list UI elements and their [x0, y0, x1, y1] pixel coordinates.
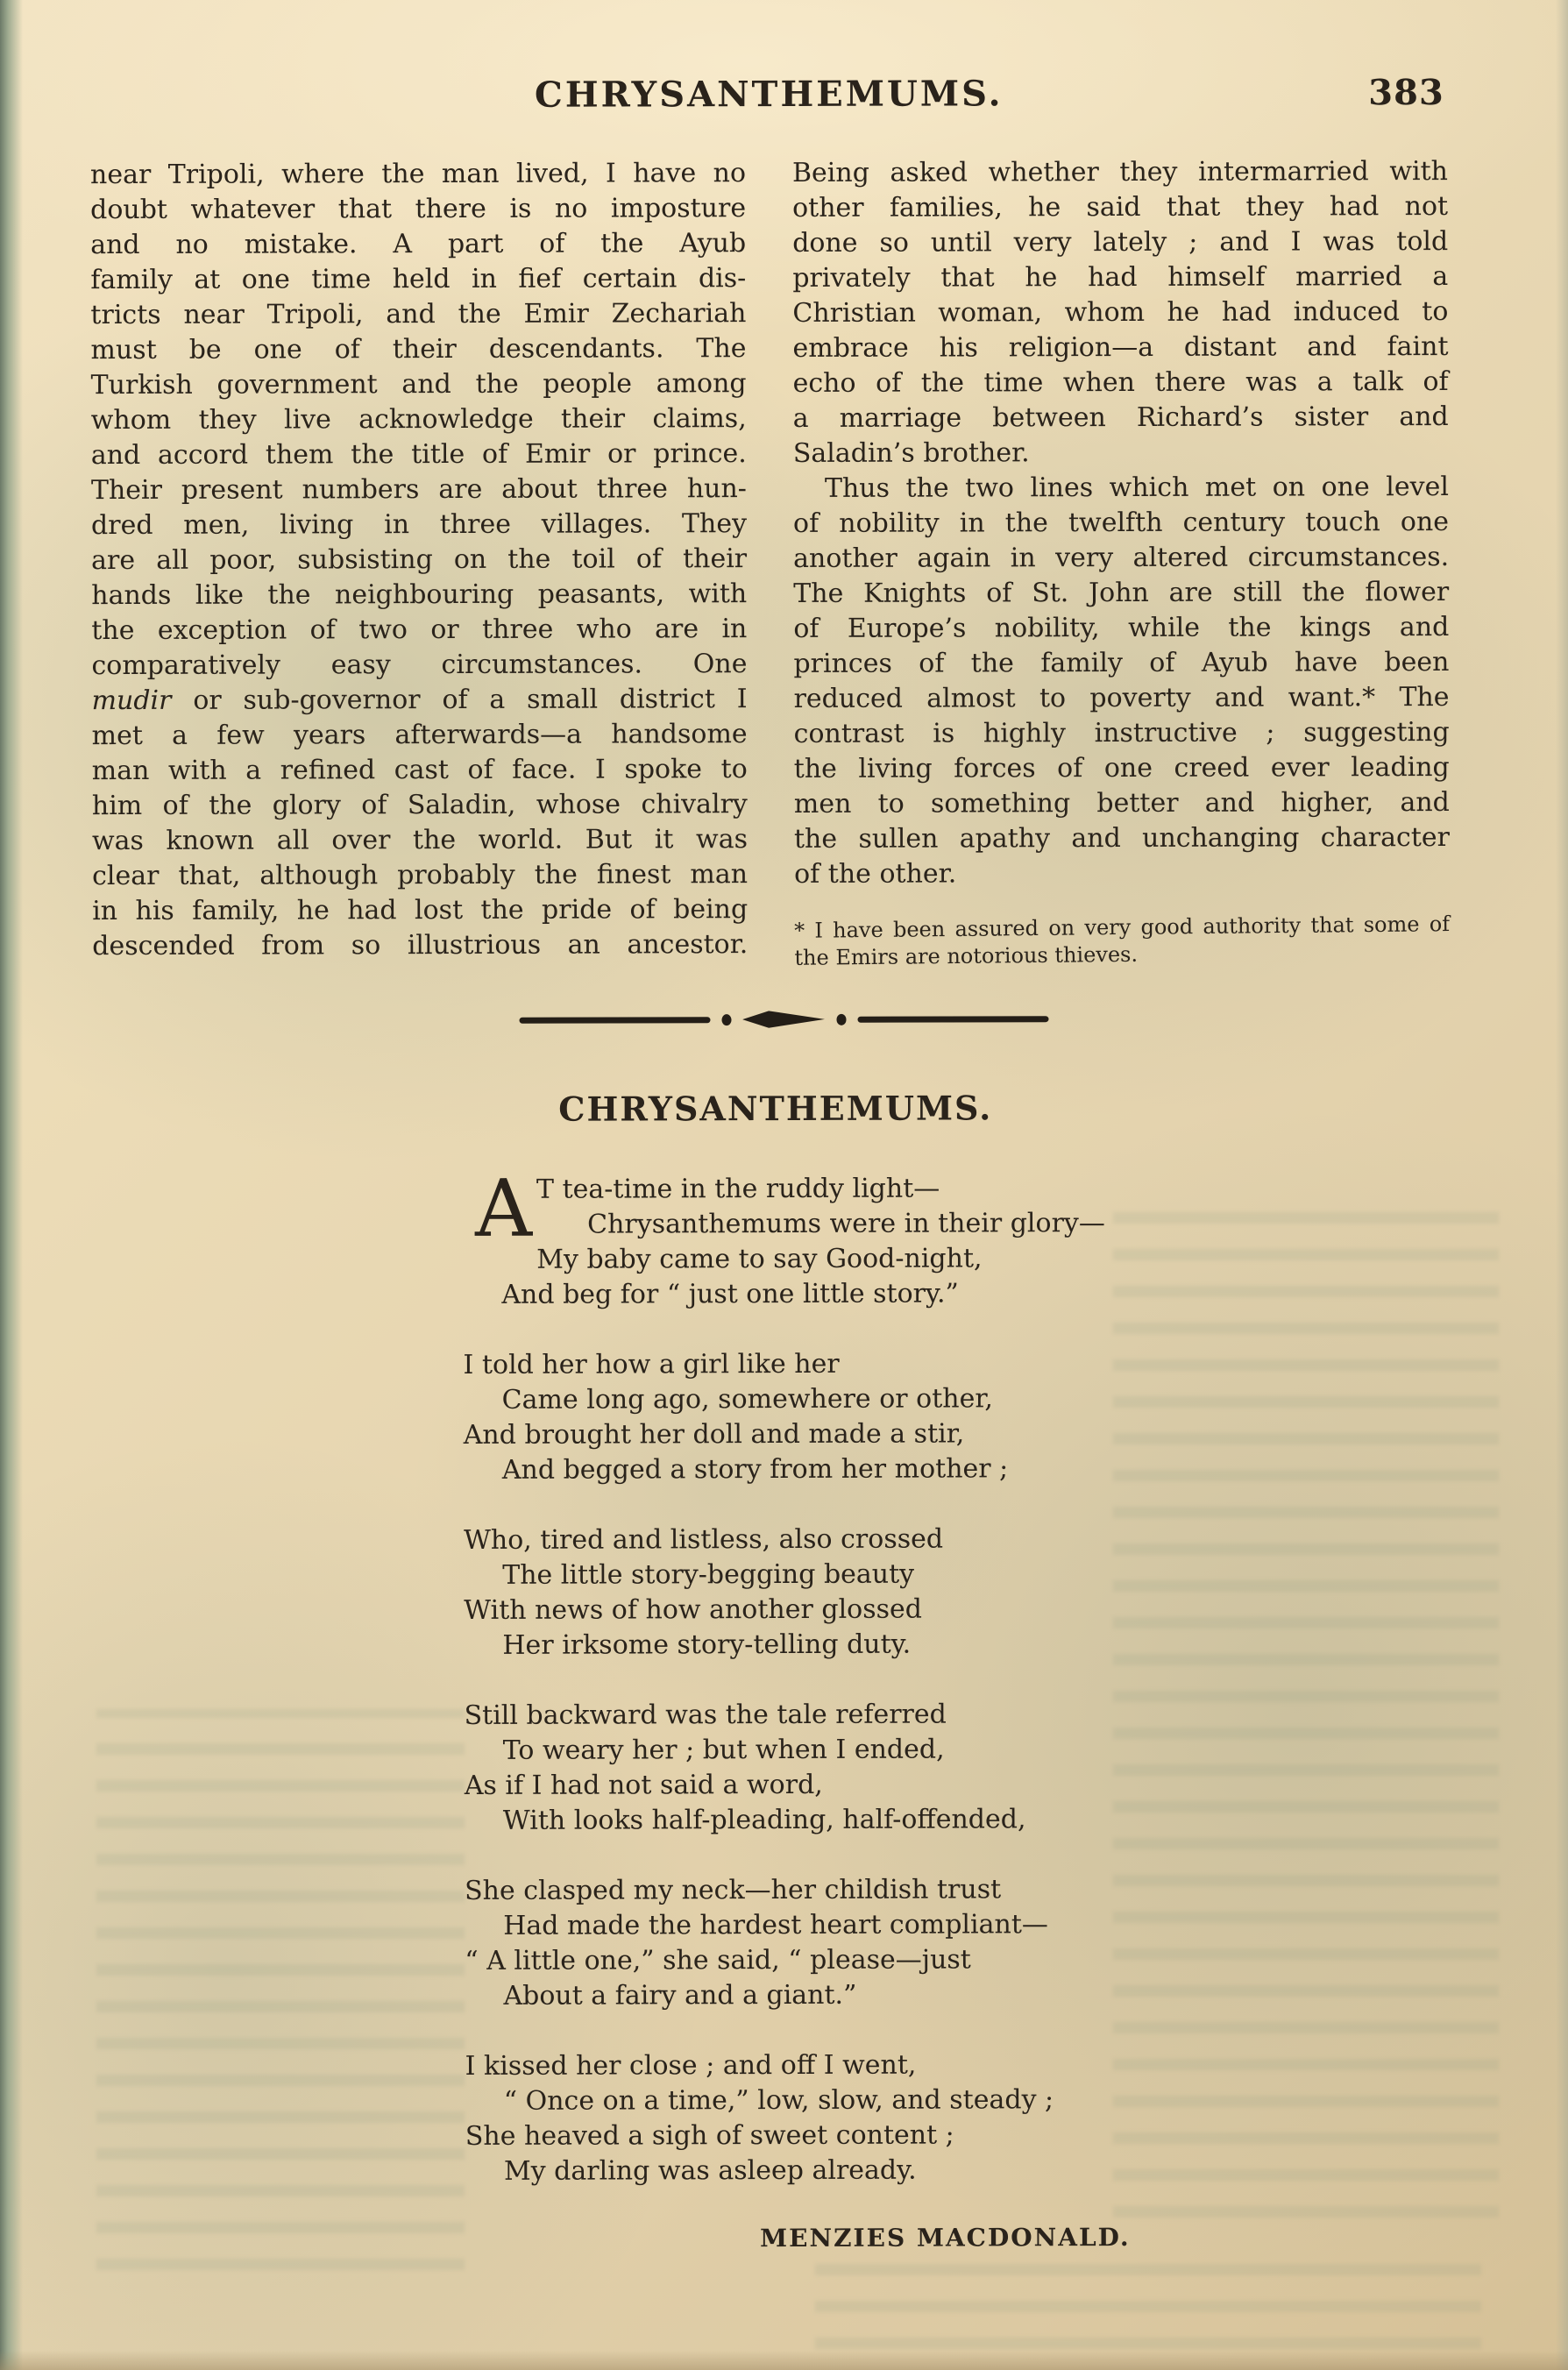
poem-stanza: I told her how a girl like herCame long … [463, 1346, 1234, 1488]
text-line: Her irksome story-telling duty. [464, 1627, 1235, 1664]
divider-dot-icon [836, 1013, 846, 1025]
text-line: As if I had not said a word, [465, 1767, 1236, 1804]
footnote: * I have been assured on very good autho… [794, 911, 1451, 972]
text-line: I told her how a girl like her [463, 1346, 1234, 1383]
text-line: tricts near Tripoli, and the Emir Zechar… [90, 296, 746, 333]
text-line: in his family, he had lost the pride of … [92, 892, 748, 929]
poem-stanza: She clasped my neck—her childish trustHa… [465, 1872, 1236, 2014]
poem-section: CHRYSANTHEMUMS. A T tea-time in the rudd… [463, 1088, 1237, 2253]
text-line: was known all over the world. But it was [92, 822, 748, 859]
text-line: the exception of two or three who are in [91, 612, 747, 649]
text-line: embrace his religion—a distant and faint [792, 330, 1448, 366]
text-line: and accord them the title of Emir or pri… [91, 436, 747, 473]
article-paragraph-continued: near Tripoli, where the man lived, I hav… [90, 156, 748, 964]
text-line: princes of the family of Ayub have been [793, 645, 1449, 682]
running-head-title: CHRYSANTHEMUMS. [90, 72, 1448, 117]
scanned-book-page: CHRYSANTHEMUMS. 383 near Tripoli, where … [0, 0, 1568, 2370]
text-line: T tea-time in the ruddy light— [463, 1171, 1234, 1208]
article-columns: near Tripoli, where the man lived, I hav… [90, 154, 1450, 971]
poem-title: CHRYSANTHEMUMS. [463, 1088, 1089, 1129]
text-line: mudir or sub-governor of a small distric… [91, 682, 747, 719]
text-line: “ Once on a time,” low, slow, and steady… [465, 2083, 1237, 2119]
text-line: And brought her doll and made a stir, [464, 1416, 1235, 1453]
drop-cap-letter: A [475, 1175, 529, 1245]
divider-dot-icon [721, 1014, 731, 1025]
text-line: And begged a story from her mother ; [464, 1451, 1235, 1488]
author-signature: MENZIES MACDONALD. [760, 2223, 1237, 2253]
text-line: And beg for “ just one little story.” [463, 1276, 1234, 1313]
page-number: 383 [1368, 72, 1444, 113]
text-line: met a few years afterwards—a handsome [92, 717, 748, 754]
text-line: clear that, although probably the finest… [92, 857, 748, 894]
text-line: hands like the neighbouring peasants, wi… [91, 577, 747, 614]
text-line: of the other. [794, 855, 1450, 892]
running-head: CHRYSANTHEMUMS. 383 [90, 72, 1448, 121]
text-line: With news of how another glossed [464, 1592, 1235, 1628]
text-line: doubt whatever that there is no impostur… [90, 191, 746, 228]
divider-rule-left [519, 1017, 710, 1024]
divider-diamond-icon [742, 1010, 825, 1029]
text-line: The little story-begging beauty [464, 1557, 1235, 1593]
text-line: I kissed her close ; and off I went, [465, 2047, 1237, 2084]
text-line: With looks half-pleading, half-offended, [465, 1802, 1236, 1839]
text-line: She clasped my neck—her childish trust [465, 1872, 1236, 1909]
text-line: Saladin’s brother. [793, 435, 1449, 472]
text-line: About a fairy and a giant.” [465, 1977, 1236, 2014]
text-line: echo of the time when there was a talk o… [793, 365, 1449, 401]
left-column: near Tripoli, where the man lived, I hav… [90, 156, 748, 971]
text-line: other families, he said that they had no… [792, 189, 1448, 226]
poem-stanza: Who, tired and listless, also crossedThe… [464, 1522, 1235, 1664]
text-line: Turkish government and the people among [91, 366, 747, 403]
text-line: the living forces of one creed ever lead… [794, 750, 1450, 787]
text-line: must be one of their descendants. The [90, 331, 746, 368]
article-paragraph: Being asked whether they intermarried wi… [792, 154, 1449, 472]
poem-stanza: Still backward was the tale referredTo w… [465, 1697, 1236, 1839]
text-line: are all poor, subsisting on the toil of … [91, 542, 747, 578]
text-line: contrast is highly instructive ; suggest… [794, 715, 1450, 752]
text-line: the Emirs are notorious thieves. [794, 938, 1450, 972]
text-line: reduced almost to poverty and want.* The [793, 680, 1449, 717]
text-line: descended from so illustrious an ancesto… [92, 927, 748, 964]
text-line: man with a refined cast of face. I spoke… [92, 752, 748, 789]
text-line: Their present numbers are about three hu… [91, 472, 747, 508]
text-line: Still backward was the tale referred [465, 1697, 1236, 1734]
right-column: Being asked whether they intermarried wi… [792, 154, 1450, 969]
text-line: family at one time held in fief certain … [90, 261, 746, 298]
divider-rule-right [857, 1016, 1048, 1023]
text-line: the sullen apathy and unchanging charact… [794, 820, 1450, 857]
text-line: of nobility in the twelfth century touch… [793, 505, 1449, 542]
page-content: CHRYSANTHEMUMS. 383 near Tripoli, where … [0, 0, 1568, 2370]
text-line: She heaved a sigh of sweet content ; [465, 2118, 1237, 2154]
text-line: The Knights of St. John are still the fl… [793, 575, 1449, 612]
text-line: and no mistake. A part of the Ayub [90, 226, 746, 263]
text-line: privately that he had himself married a [792, 259, 1448, 296]
text-line: To weary her ; but when I ended, [465, 1732, 1236, 1769]
text-line: of Europe’s nobility, while the kings an… [793, 610, 1449, 647]
text-line: dred men, living in three villages. They [91, 507, 747, 543]
text-line: him of the glory of Saladin, whose chiva… [92, 787, 748, 824]
text-line: My darling was asleep already. [465, 2153, 1237, 2189]
text-line: a marriage between Richard’s sister and [793, 400, 1449, 436]
text-line: My baby came to say Good-night, [463, 1241, 1234, 1278]
text-line: Came long ago, somewhere or other, [464, 1381, 1235, 1418]
text-line: “ A little one,” she said, “ please—just [465, 1942, 1236, 1979]
text-line: Thus the two lines which met on one leve… [793, 470, 1449, 507]
text-line: Had made the hardest heart compliant— [465, 1907, 1236, 1944]
text-line: another again in very altered circumstan… [793, 540, 1449, 577]
poem-stanza: A T tea-time in the ruddy light—Chrysant… [463, 1171, 1234, 1313]
text-line: whom they live acknowledge their claims, [91, 401, 747, 438]
text-line: near Tripoli, where the man lived, I hav… [90, 156, 746, 193]
text-line: done so until very lately ; and I was to… [792, 224, 1448, 261]
text-line: men to something better and higher, and [794, 785, 1450, 822]
article-paragraph: Thus the two lines which met on one leve… [793, 470, 1450, 892]
text-line: Being asked whether they intermarried wi… [792, 154, 1448, 191]
text-line: Who, tired and listless, also crossed [464, 1522, 1235, 1558]
text-line: comparatively easy circumstances. One [91, 647, 747, 684]
poem-stanza: I kissed her close ; and off I went,“ On… [465, 2047, 1237, 2189]
text-line: Chrysanthemums were in their glory— [463, 1206, 1234, 1243]
text-line: Christian woman, whom he had induced to [792, 294, 1448, 331]
section-divider-ornament [0, 1008, 1568, 1032]
